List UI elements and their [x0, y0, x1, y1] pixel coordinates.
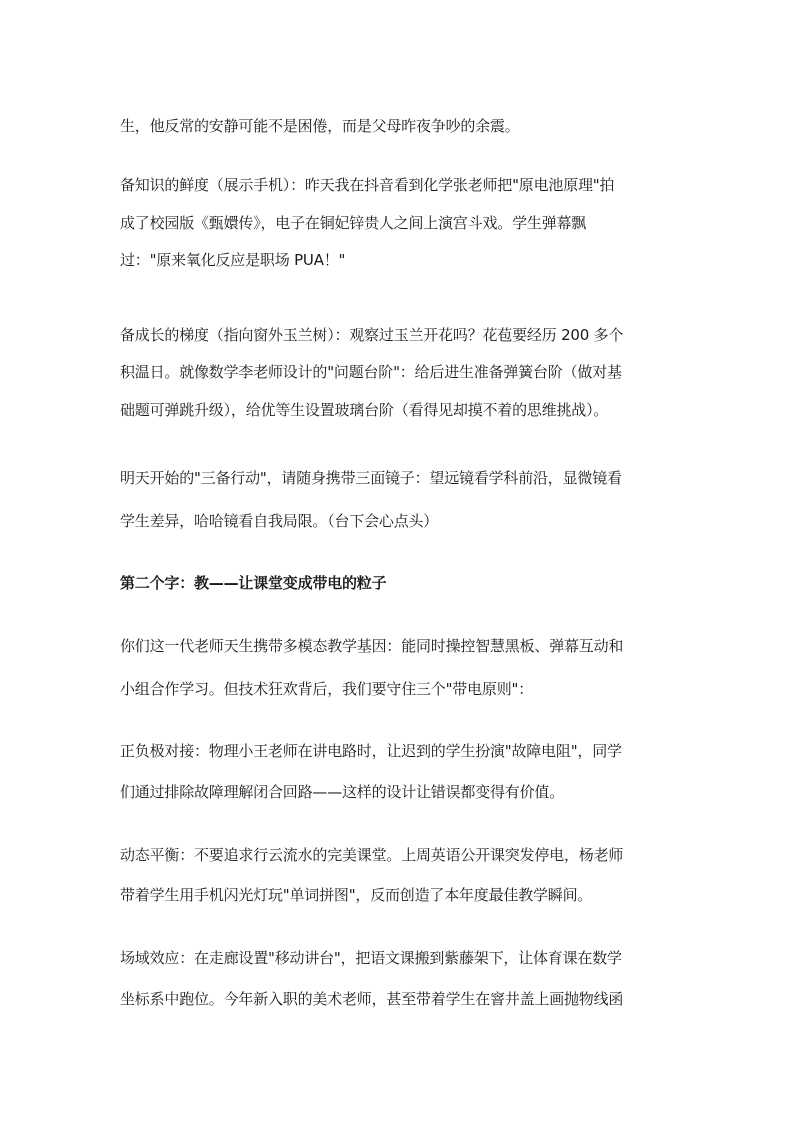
paragraph-line: 动态平衡：不要追求行云流水的完美课堂。上周英语公开课突发停电，杨老师	[120, 845, 623, 865]
paragraph-line: 积温日。就像数学李老师设计的"问题台阶"：给后进生准备弹簧台阶（做对基	[120, 362, 622, 382]
paragraph-line: 们通过排除故障理解闭合回路——这样的设计让错误都变得有价值。	[120, 782, 564, 802]
paragraph-line: 学生差异，哈哈镜看自我局限。（台下会心点头）	[120, 511, 438, 531]
paragraph-line: 成了校园版《甄嬛传》，电子在铜妃锌贵人之间上演宫斗戏。学生弹幕飘	[120, 213, 586, 233]
paragraph-line: 你们这一代老师天生携带多模态教学基因：能同时操控智慧黑板、弹幕互动和	[120, 636, 623, 656]
paragraph-line: 带着学生用手机闪光灯玩"单词拼图"，反而创造了本年度最佳教学瞬间。	[120, 885, 592, 905]
paragraph-line: 场域效应：在走廊设置"移动讲台"，把语文课搬到紫藤架下，让体育课在数学	[120, 948, 622, 968]
paragraph-line: 生，他反常的安静可能不是困倦，而是父母昨夜争吵的余震。	[120, 116, 520, 136]
paragraph-line: 坐标系中跑位。今年新入职的美术老师，甚至带着学生在窨井盖上画抛物线函	[120, 989, 623, 1009]
paragraph-line: 础题可弹跳升级），给优等生设置玻璃台阶（看得见却摸不着的思维挑战）。	[120, 400, 608, 420]
paragraph-line: 备知识的鲜度（展示手机）：昨天我在抖音看到化学张老师把"原电池原理"拍	[120, 175, 614, 195]
document-page: 生，他反常的安静可能不是困倦，而是父母昨夜争吵的余震。 备知识的鲜度（展示手机）…	[0, 0, 793, 1122]
paragraph-line: 过："原来氧化反应是职场 PUA！"	[120, 250, 345, 270]
paragraph-line: 小组合作学习。但技术狂欢背后，我们要守住三个"带电原则"：	[120, 679, 533, 699]
section-heading: 第二个字：教——让课堂变成带电的粒子	[120, 573, 386, 593]
paragraph-line: 明天开始的"三备行动"，请随身携带三面镜子：望远镜看学科前沿，显微镜看	[120, 468, 622, 488]
paragraph-line: 备成长的梯度（指向窗外玉兰树）：观察过玉兰开花吗？花苞要经历 200 多个	[120, 325, 623, 345]
paragraph-line: 正负极对接：物理小王老师在讲电路时，让迟到的学生扮演"故障电阻"，同学	[120, 741, 622, 761]
